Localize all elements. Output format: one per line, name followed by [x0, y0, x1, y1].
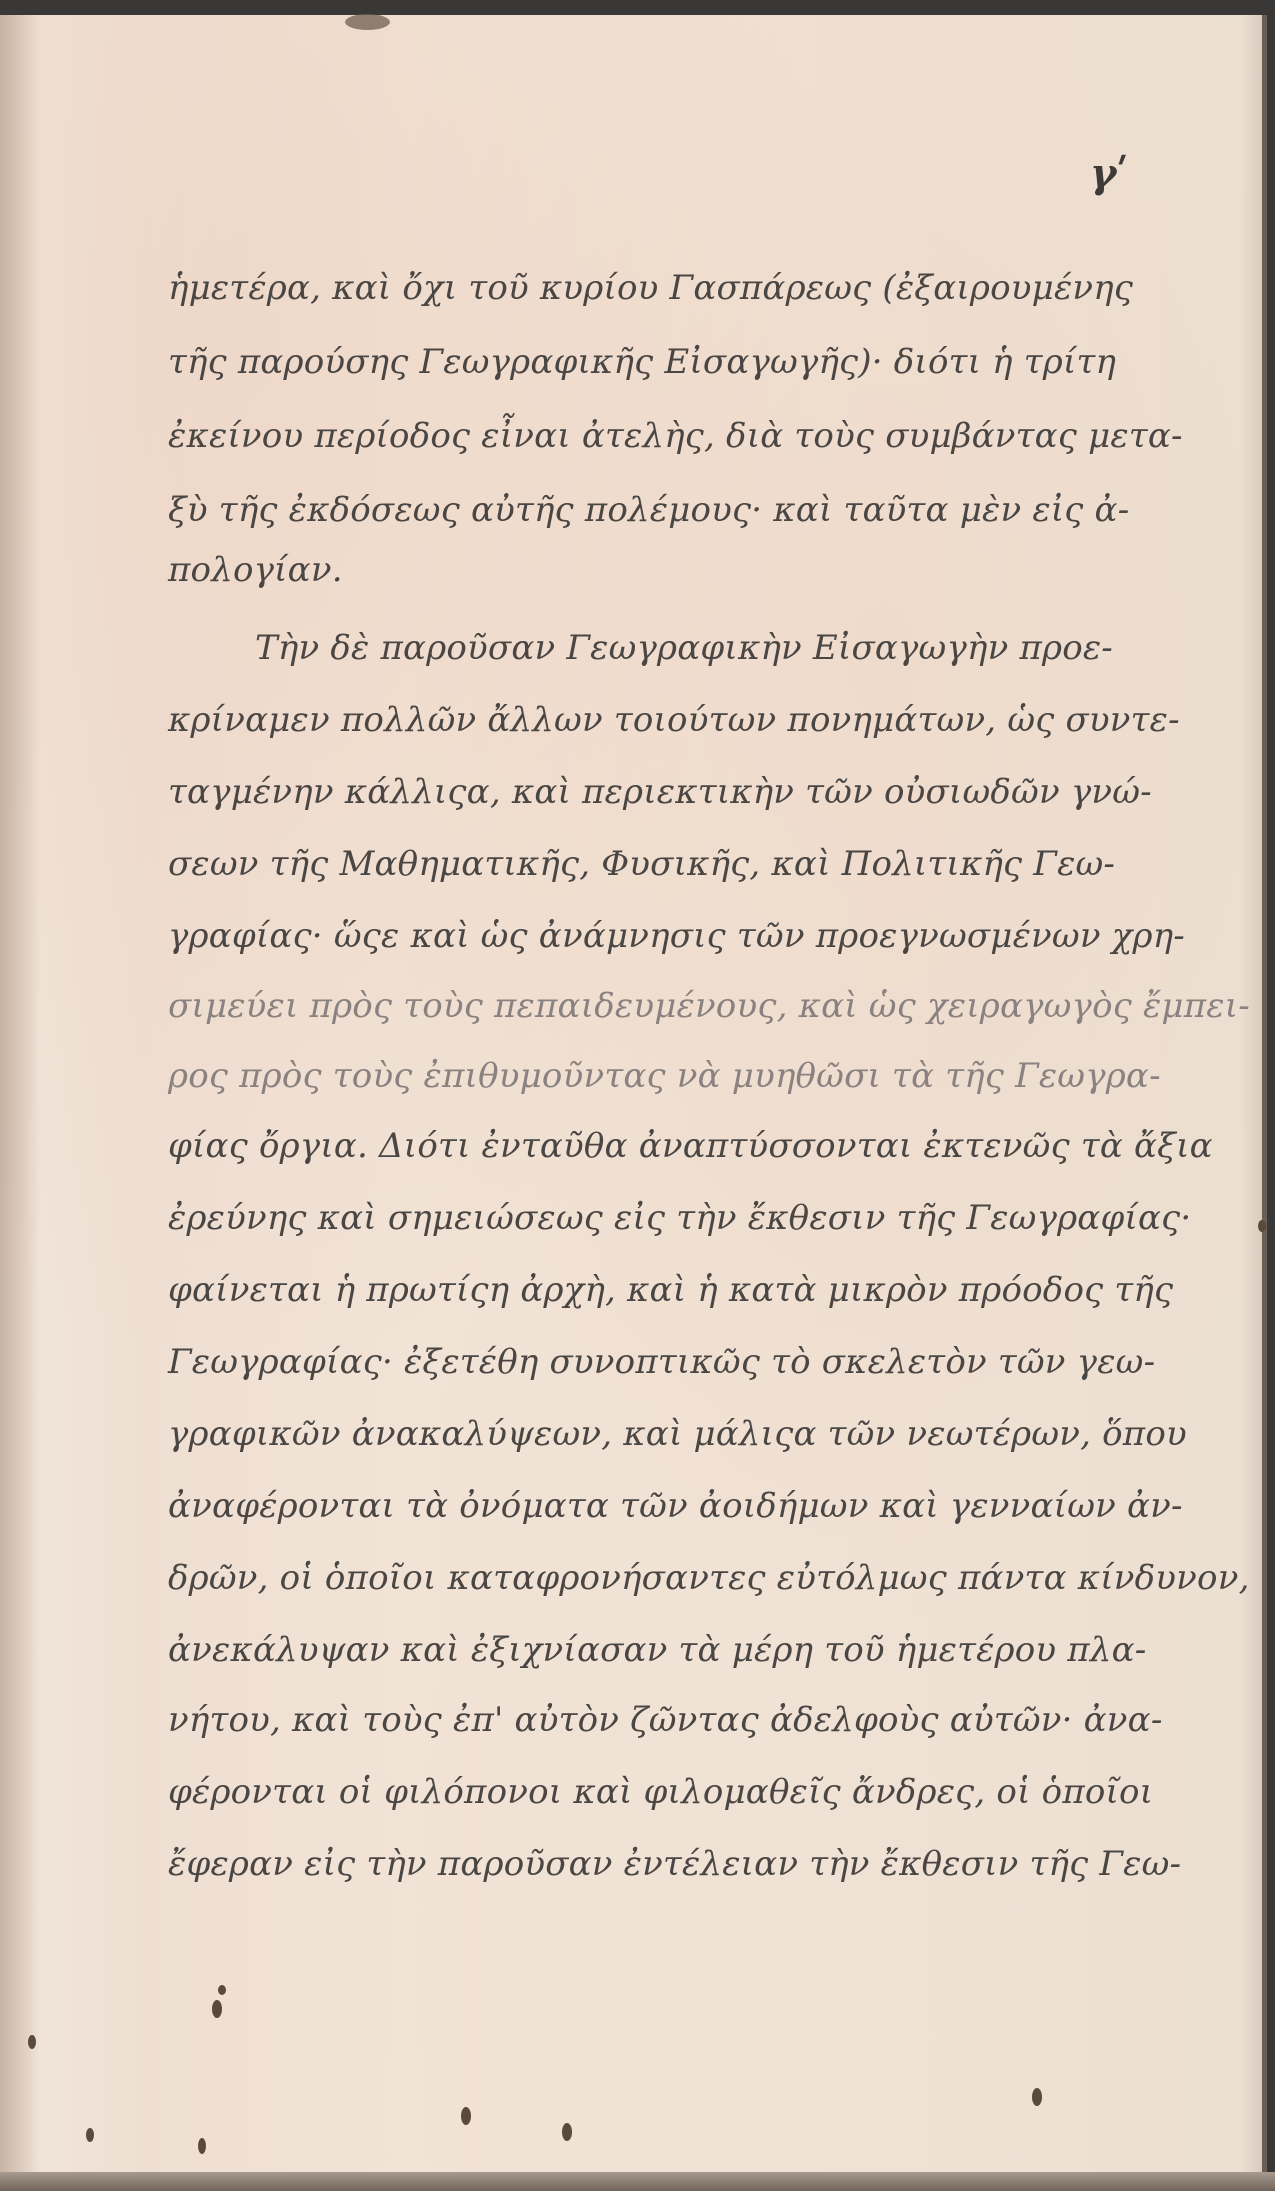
text-line: τῆς παρούσης Γεωγραφικῆς Εἰσαγωγῆς)· διό… — [168, 342, 1113, 382]
text-line: ἡμετέρα, καὶ ὄχι τοῦ κυρίου Γασπάρεως (ἐ… — [168, 268, 1113, 308]
text-line: ξὺ τῆς ἐκδόσεως αὐτῆς πολέμους· καὶ ταῦτ… — [168, 490, 1113, 530]
text-line: Γεωγραφίας· ἐξετέθη συνοπτικῶς τὸ σκελετ… — [168, 1342, 1113, 1382]
text-line: φέρονται οἱ φιλόπονοι καὶ φιλομαθεῖς ἄνδ… — [168, 1772, 1113, 1812]
text-line: πολογίαν. — [168, 550, 1113, 590]
text-line: ἀναφέρονται τὰ ὀνόματα τῶν ἀοιδήμων καὶ … — [168, 1486, 1113, 1526]
binding-shadow — [0, 15, 40, 2175]
page-bottom-edge — [0, 2172, 1275, 2191]
scanned-page-image: γʹ ἡμετέρα, καὶ ὄχι τοῦ κυρίου Γασπάρεως… — [0, 0, 1275, 2191]
wormhole-mark — [212, 2000, 222, 2018]
wormhole-mark — [198, 2138, 206, 2154]
text-line: Τὴν δὲ παροῦσαν Γεωγραφικὴν Εἰσαγωγὴν πρ… — [255, 628, 1113, 668]
text-line: ρος πρὸς τοὺς ἐπιθυμοῦντας νὰ μυηθῶσι τὰ… — [168, 1056, 1113, 1096]
wormhole-mark — [1032, 2088, 1042, 2106]
text-line: φίας ὄργια. Διότι ἐνταῦθα ἀναπτύσσονται … — [168, 1126, 1113, 1166]
wormhole-mark — [461, 2107, 471, 2125]
text-line: κρίναμεν πολλῶν ἄλλων τοιούτων πονημάτων… — [168, 700, 1113, 740]
page-number: γʹ — [1090, 150, 1128, 197]
text-line: ἔφεραν εἰς τὴν παροῦσαν ἐντέλειαν τὴν ἔκ… — [168, 1844, 1113, 1884]
wormhole-mark — [86, 2128, 94, 2142]
text-line: ἐκείνου περίοδος εἶναι ἀτελὴς, διὰ τοὺς … — [168, 416, 1113, 456]
text-line: ταγμένην κάλλιςα, καὶ περιεκτικὴν τῶν οὐ… — [168, 772, 1113, 812]
text-line: ἀνεκάλυψαν καὶ ἐξιχνίασαν τὰ μέρη τοῦ ἡμ… — [168, 1630, 1113, 1670]
text-line: σιμεύει πρὸς τοὺς πεπαιδευμένους, καὶ ὡς… — [168, 986, 1113, 1026]
wormhole-mark — [1258, 1220, 1266, 1232]
text-line: σεων τῆς Μαθηματικῆς, Φυσικῆς, καὶ Πολιτ… — [168, 844, 1113, 884]
text-line: ἐρεύνης καὶ σημειώσεως εἰς τὴν ἔκθεσιν τ… — [168, 1198, 1113, 1238]
wormhole-mark — [28, 2035, 36, 2049]
text-line: δρῶν, οἱ ὁποῖοι καταφρονήσαντες εὐτόλμως… — [168, 1558, 1113, 1598]
ink-stain — [345, 14, 390, 30]
wormhole-mark — [218, 1985, 226, 1995]
text-line: γραφίας· ὥςε καὶ ὡς ἀνάμνησις τῶν προεγν… — [168, 916, 1113, 956]
text-line: φαίνεται ἡ πρωτίςη ἀρχὴ, καὶ ἡ κατὰ μικρ… — [168, 1270, 1113, 1310]
text-line: νήτου, καὶ τοὺς ἐπ' αὐτὸν ζῶντας ἀδελφοὺ… — [168, 1700, 1113, 1740]
text-line: γραφικῶν ἀνακαλύψεων, καὶ μάλιςα τῶν νεω… — [168, 1414, 1113, 1454]
wormhole-mark — [562, 2123, 572, 2141]
